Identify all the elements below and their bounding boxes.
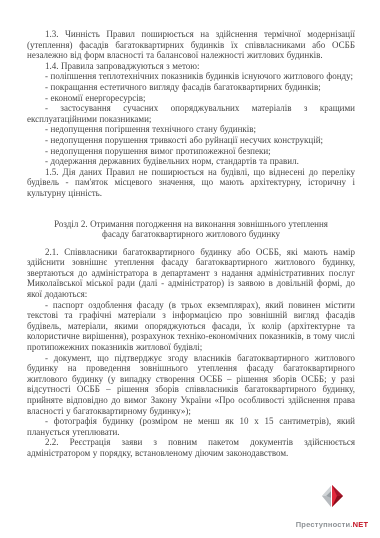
list-item: - фотографія будинку (розміром не менш я… [27, 416, 355, 437]
watermark-site-name: Преступности.NET [296, 520, 369, 529]
list-item: - поліпшення теплотехнічних показників б… [27, 71, 355, 82]
paragraph: 2.1. Співвласники багатоквартирного буди… [27, 247, 355, 300]
paragraph: 2.2. Реєстрація заяви з повним пакетом д… [27, 437, 355, 458]
paragraph: 1.5. Дія даних Правил не поширюється на … [27, 167, 355, 199]
document-body: 1.3. Чинність Правил поширюється на здій… [27, 29, 355, 459]
site-watermark: Преступности.NET [290, 485, 374, 532]
paragraph: 1.4. Правила запроваджуються з метою: [27, 61, 355, 72]
list-item: - недопущення порушення тривкості або ру… [27, 135, 355, 146]
list-item: - недопущення погіршення технічного стан… [27, 124, 355, 135]
list-item: - паспорт оздоблення фасаду (в трьох екз… [27, 300, 355, 353]
list-item: - документ, що підтверджує згоду власник… [27, 353, 355, 417]
list-item: - застосування сучасних опоряджувальних … [27, 103, 355, 124]
section-heading: Розділ 2. Отримання погодження на викона… [43, 219, 339, 240]
list-item: - покращання естетичного вигляду фасадів… [27, 82, 355, 93]
document-page: 1.3. Чинність Правил поширюється на здій… [0, 0, 380, 538]
list-item: - недопущення порушення вимог протипожеж… [27, 146, 355, 157]
list-item: - додержання державних будівельних норм,… [27, 156, 355, 167]
paragraph: 1.3. Чинність Правил поширюється на здій… [27, 29, 355, 61]
diamond-gem-icon [290, 485, 374, 513]
list-item: - економії енергоресурсів; [27, 93, 355, 104]
